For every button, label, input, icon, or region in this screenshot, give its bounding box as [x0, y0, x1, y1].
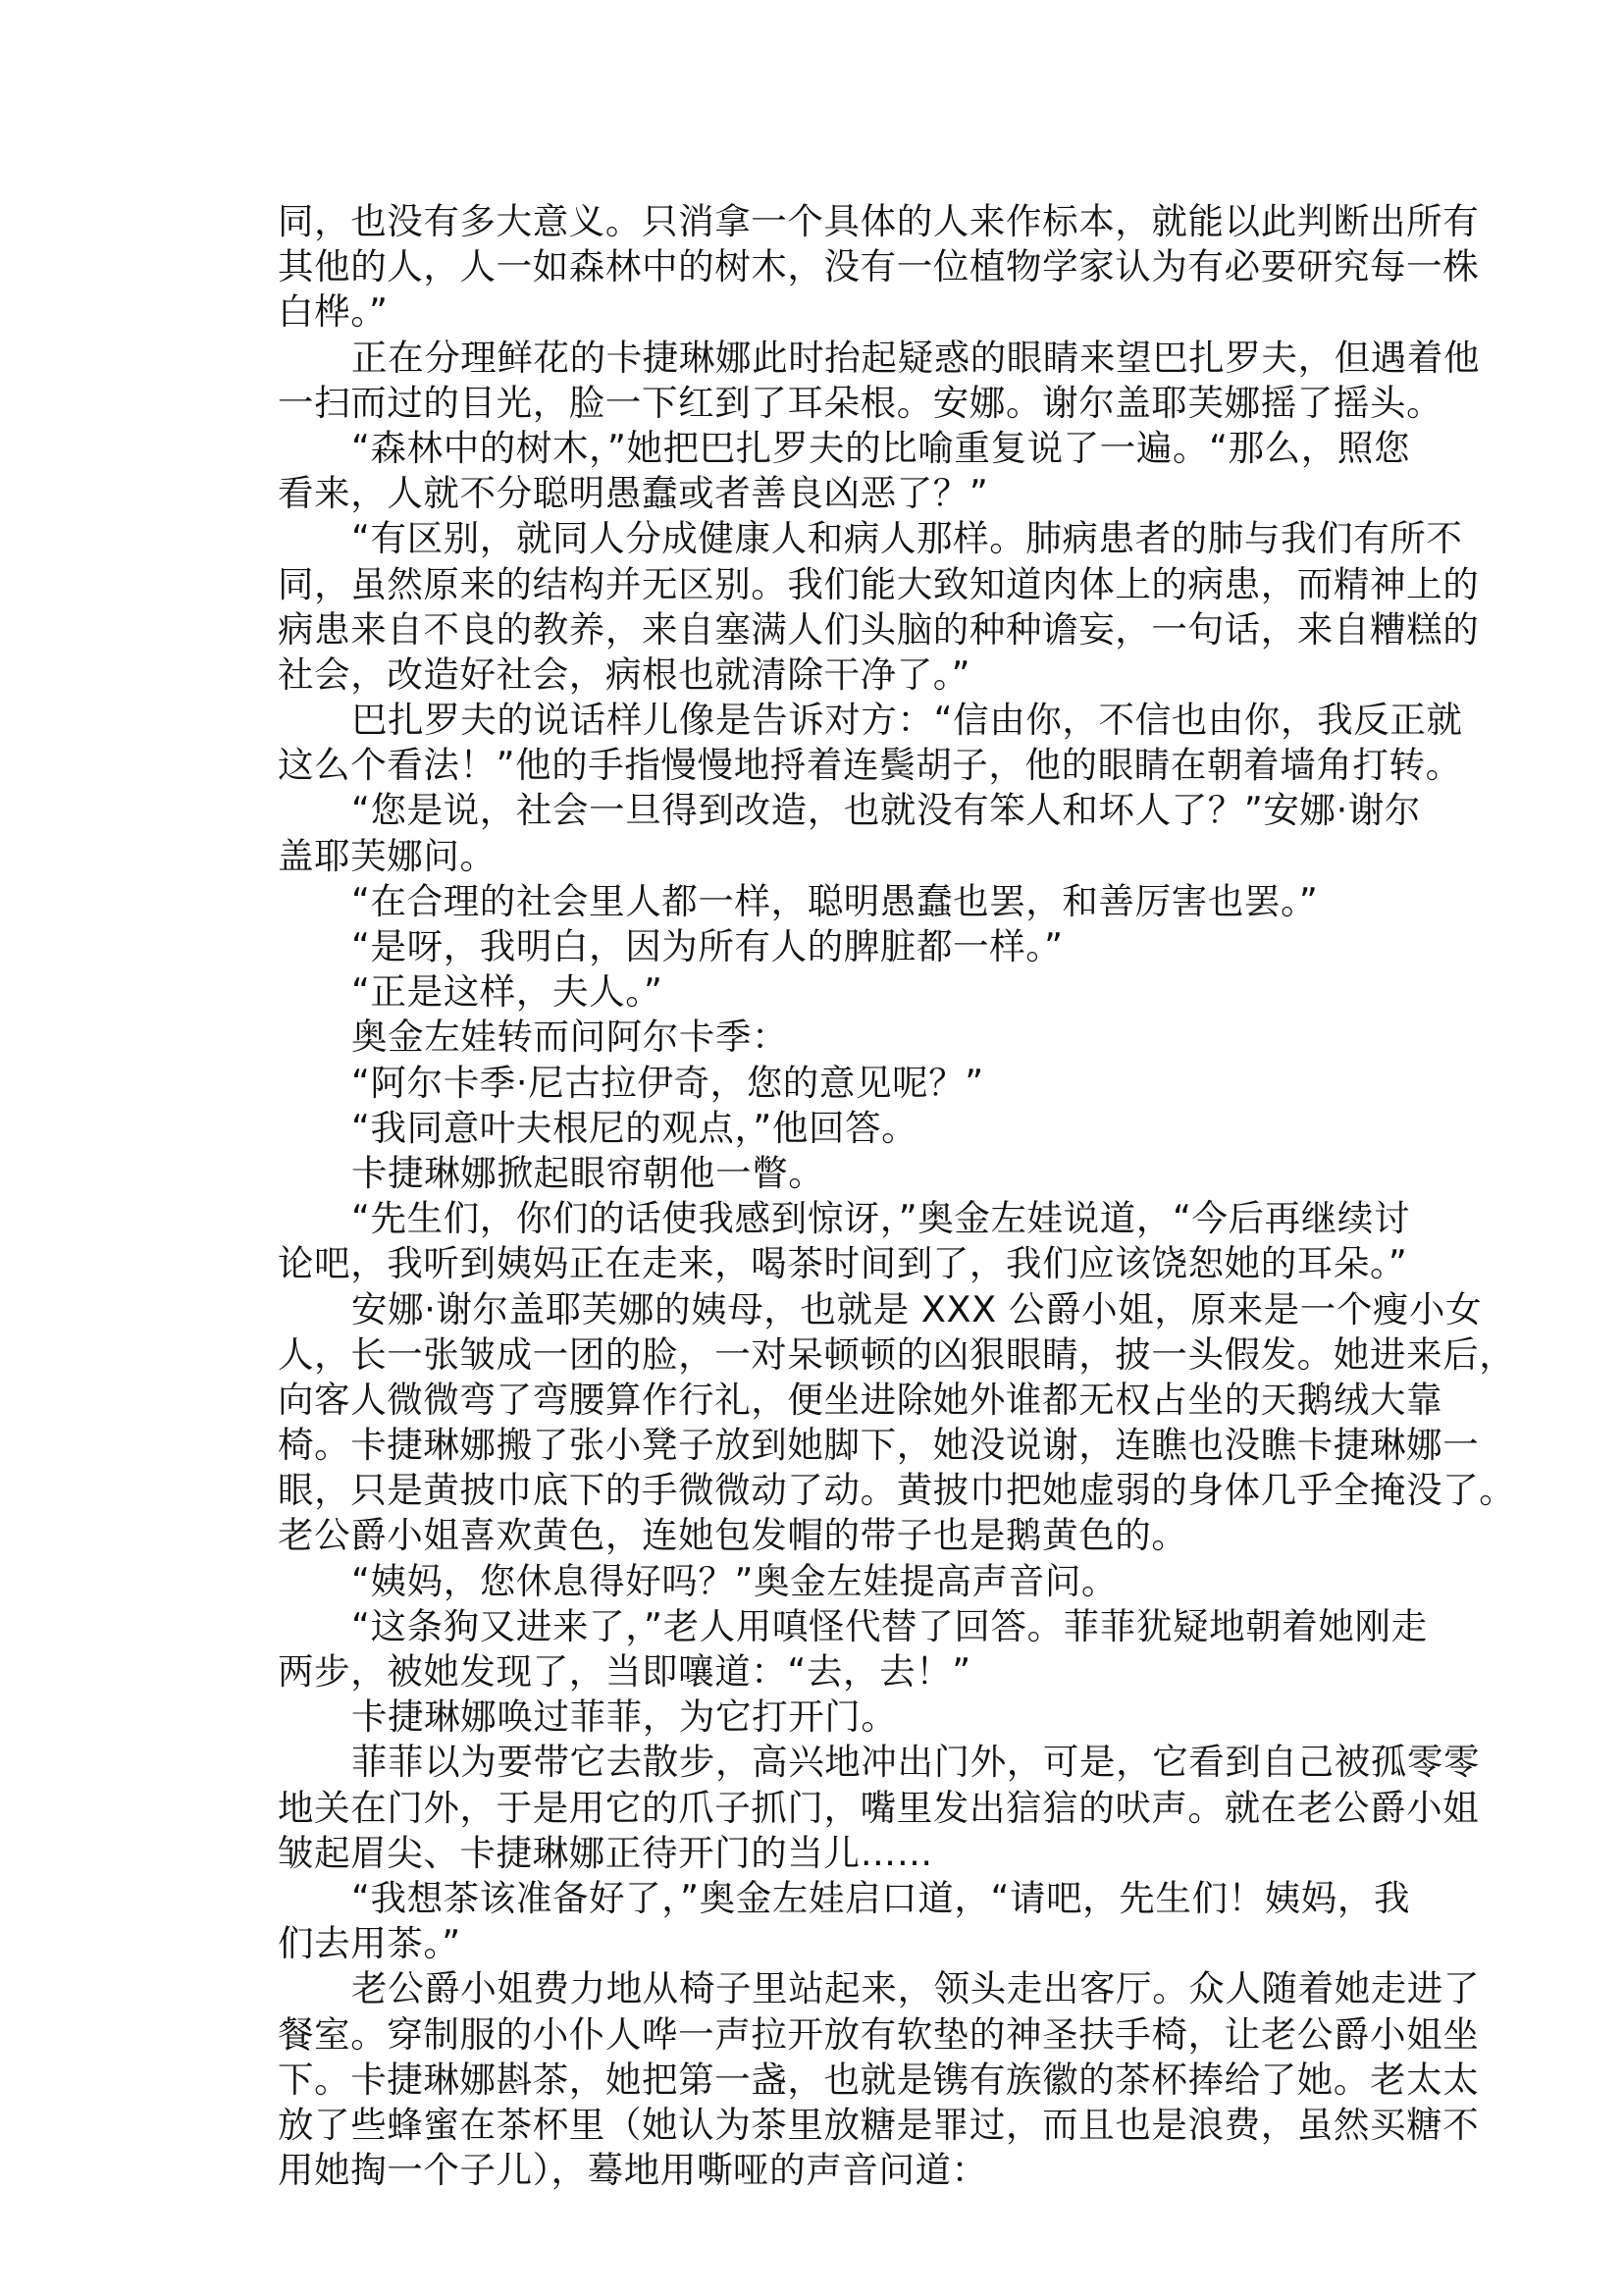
- text-line: 向客人微微弯了弯腰算作行礼，便坐进除她外谁都无权占坐的天鹅绒大靠: [278, 1378, 1351, 1423]
- text-line: 卡捷琳娜唤过菲菲，为它打开门。: [278, 1694, 1351, 1740]
- paragraph: “森林中的树木，”她把巴扎罗夫的比喻重复说了一遍。“那么，照您看来，人就不分聪明…: [278, 426, 1351, 516]
- text-line: 放了些蜂蜜在茶杯里（她认为茶里放糖是罪过，而且也是浪费，虽然买糖不: [278, 2103, 1351, 2148]
- paragraph: 安娜·谢尔盖耶芙娜的姨母，也就是 XXX 公爵小姐，原来是一个瘦小女人，长一张皱…: [278, 1287, 1351, 1559]
- text-line: 餐室。穿制服的小仆人哗一声拉开放有软垫的神圣扶手椅，让老公爵小姐坐: [278, 2012, 1351, 2058]
- paragraph: “这条狗又进来了，”老人用嗔怪代替了回答。菲菲犹疑地朝着她刚走两步，被她发现了，…: [278, 1604, 1351, 1694]
- paragraph: 菲菲以为要带它去散步，高兴地冲出门外，可是，它看到自己被孤零零地关在门外，于是用…: [278, 1740, 1351, 1876]
- text-line: “我同意叶夫根尼的观点，”他回答。: [278, 1106, 1351, 1151]
- text-line: “先生们，你们的话使我感到惊讶，”奥金左娃说道，“今后再继续讨: [278, 1196, 1351, 1241]
- text-line: “这条狗又进来了，”老人用嗔怪代替了回答。菲菲犹疑地朝着她刚走: [278, 1604, 1351, 1649]
- text-line: 老公爵小姐喜欢黄色，连她包发帽的带子也是鹅黄色的。: [278, 1513, 1351, 1558]
- paragraph: 卡捷琳娜唤过菲菲，为它打开门。: [278, 1694, 1351, 1740]
- text-line: “有区别，就同人分成健康人和病人那样。肺病患者的肺与我们有所不: [278, 516, 1351, 561]
- text-line: “阿尔卡季·尼古拉伊奇，您的意见呢？”: [278, 1061, 1351, 1106]
- text-line: 菲菲以为要带它去散步，高兴地冲出门外，可是，它看到自己被孤零零: [278, 1740, 1351, 1785]
- text-line: 同，也没有多大意义。只消拿一个具体的人来作标本，就能以此判断出所有: [278, 199, 1351, 244]
- text-line: 皱起眉尖、卡捷琳娜正待开门的当儿……: [278, 1831, 1351, 1876]
- text-line: “森林中的树木，”她把巴扎罗夫的比喻重复说了一遍。“那么，照您: [278, 426, 1351, 471]
- text-line: 看来，人就不分聪明愚蠢或者善良凶恶了？”: [278, 471, 1351, 516]
- paragraph: “您是说，社会一旦得到改造，也就没有笨人和坏人了？”安娜·谢尔盖耶芙娜问。: [278, 788, 1351, 878]
- paragraph: 老公爵小姐费力地从椅子里站起来，领头走出客厅。众人随着她走进了餐室。穿制服的小仆…: [278, 1966, 1351, 2193]
- text-line: “正是这样，夫人。”: [278, 969, 1351, 1015]
- paragraph: “在合理的社会里人都一样，聪明愚蠢也罢，和善厉害也罢。”: [278, 879, 1351, 924]
- text-line: 下。卡捷琳娜斟茶，她把第一盏，也就是镌有族徽的茶杯捧给了她。老太太: [278, 2058, 1351, 2103]
- text-line: 盖耶芙娜问。: [278, 834, 1351, 879]
- text-line: 其他的人，人一如森林中的树木，没有一位植物学家认为有必要研究每一株: [278, 244, 1351, 289]
- text-line: 安娜·谢尔盖耶芙娜的姨母，也就是 XXX 公爵小姐，原来是一个瘦小女: [278, 1287, 1351, 1332]
- paragraph: “正是这样，夫人。”: [278, 969, 1351, 1015]
- text-line: “我想茶该准备好了，”奥金左娃启口道，“请吧，先生们！姨妈，我: [278, 1876, 1351, 1921]
- text-line: 病患来自不良的教养，来自塞满人们头脑的种种谵妄，一句话，来自糟糕的: [278, 607, 1351, 652]
- paragraph: “我同意叶夫根尼的观点，”他回答。: [278, 1106, 1351, 1151]
- text-line: 一扫而过的目光，脸一下红到了耳朵根。安娜。谢尔盖耶芙娜摇了摇头。: [278, 381, 1351, 426]
- text-line: “姨妈，您休息得好吗？”奥金左娃提高声音问。: [278, 1559, 1351, 1604]
- paragraph: 同，也没有多大意义。只消拿一个具体的人来作标本，就能以此判断出所有其他的人，人一…: [278, 199, 1351, 336]
- text-line: “您是说，社会一旦得到改造，也就没有笨人和坏人了？”安娜·谢尔: [278, 788, 1351, 833]
- paragraph: “我想茶该准备好了，”奥金左娃启口道，“请吧，先生们！姨妈，我们去用茶。”: [278, 1876, 1351, 1966]
- paragraph: “阿尔卡季·尼古拉伊奇，您的意见呢？”: [278, 1061, 1351, 1106]
- text-line: 白桦。”: [278, 289, 1351, 335]
- text-line: 同，虽然原来的结构并无区别。我们能大致知道肉体上的病患，而精神上的: [278, 562, 1351, 607]
- text-line: 老公爵小姐费力地从椅子里站起来，领头走出客厅。众人随着她走进了: [278, 1966, 1351, 2011]
- text-line: 正在分理鲜花的卡捷琳娜此时抬起疑惑的眼睛来望巴扎罗夫，但遇着他: [278, 336, 1351, 381]
- paragraph: “先生们，你们的话使我感到惊讶，”奥金左娃说道，“今后再继续讨论吧，我听到姨妈正…: [278, 1196, 1351, 1286]
- text-line: 巴扎罗夫的说话样儿像是告诉对方：“信由你，不信也由你，我反正就: [278, 698, 1351, 743]
- text-line: “在合理的社会里人都一样，聪明愚蠢也罢，和善厉害也罢。”: [278, 879, 1351, 924]
- paragraph: 巴扎罗夫的说话样儿像是告诉对方：“信由你，不信也由你，我反正就这么个看法！”他的…: [278, 698, 1351, 788]
- document-page: 同，也没有多大意义。只消拿一个具体的人来作标本，就能以此判断出所有其他的人，人一…: [278, 199, 1351, 2193]
- text-line: “是呀，我明白，因为所有人的脾脏都一样。”: [278, 924, 1351, 969]
- text-line: 们去用茶。”: [278, 1921, 1351, 1966]
- paragraph: 正在分理鲜花的卡捷琳娜此时抬起疑惑的眼睛来望巴扎罗夫，但遇着他一扫而过的目光，脸…: [278, 336, 1351, 426]
- paragraph: 奥金左娃转而问阿尔卡季：: [278, 1015, 1351, 1060]
- text-line: 奥金左娃转而问阿尔卡季：: [278, 1015, 1351, 1060]
- text-line: 地关在门外，于是用它的爪子抓门，嘴里发出狺狺的吠声。就在老公爵小姐: [278, 1786, 1351, 1831]
- text-line: 论吧，我听到姨妈正在走来，喝茶时间到了，我们应该饶恕她的耳朵。”: [278, 1241, 1351, 1286]
- paragraph: 卡捷琳娜掀起眼帘朝他一瞥。: [278, 1151, 1351, 1196]
- text-line: 社会，改造好社会，病根也就清除干净了。”: [278, 652, 1351, 698]
- paragraph: “姨妈，您休息得好吗？”奥金左娃提高声音问。: [278, 1559, 1351, 1604]
- paragraph: “是呀，我明白，因为所有人的脾脏都一样。”: [278, 924, 1351, 969]
- text-line: 两步，被她发现了，当即嚷道：“去，去！”: [278, 1649, 1351, 1694]
- paragraph: “有区别，就同人分成健康人和病人那样。肺病患者的肺与我们有所不同，虽然原来的结构…: [278, 516, 1351, 698]
- text-line: 卡捷琳娜掀起眼帘朝他一瞥。: [278, 1151, 1351, 1196]
- text-line: 眼，只是黄披巾底下的手微微动了动。黄披巾把她虚弱的身体几乎全掩没了。: [278, 1468, 1351, 1513]
- text-line: 人，长一张皱成一团的脸，一对呆顿顿的凶狠眼睛，披一头假发。她进来后，: [278, 1332, 1351, 1378]
- text-line: 这么个看法！”他的手指慢慢地捋着连鬓胡子，他的眼睛在朝着墙角打转。: [278, 743, 1351, 788]
- text-line: 椅。卡捷琳娜搬了张小凳子放到她脚下，她没说谢，连瞧也没瞧卡捷琳娜一: [278, 1423, 1351, 1468]
- text-line: 用她掏一个子儿），蓦地用嘶哑的声音问道：: [278, 2148, 1351, 2193]
